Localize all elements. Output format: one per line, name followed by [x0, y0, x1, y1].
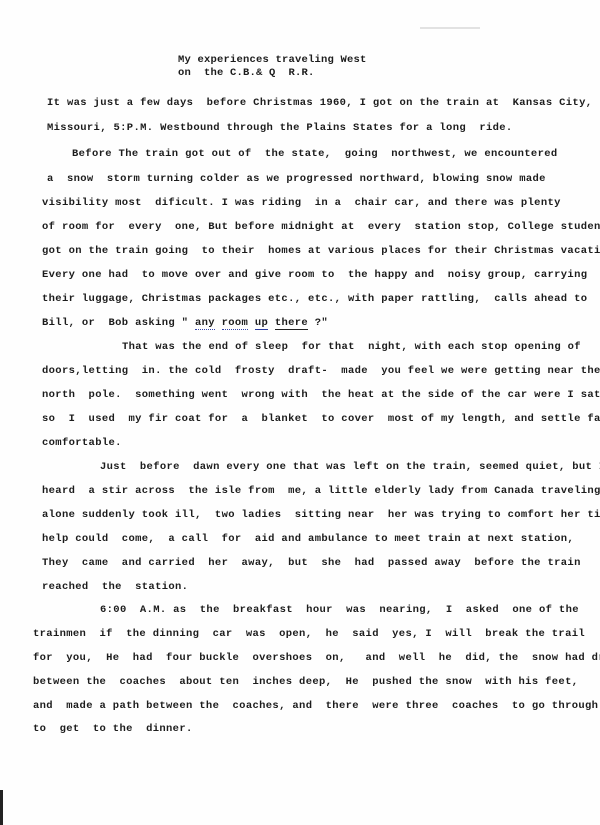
text-line: got on the train going to their homes at… — [42, 245, 600, 257]
text-line: a snow storm turning colder as we progre… — [47, 173, 546, 185]
text-line: 6:00 A.M. as the breakfast hour was near… — [100, 604, 579, 616]
quote-prefix: Bill, or Bob asking — [42, 317, 182, 329]
text-line: That was the end of sleep for that night… — [122, 341, 581, 353]
text-line: doors,letting in. the cold frosty draft-… — [42, 365, 600, 377]
scanned-page: My experiences traveling West on the C.B… — [0, 0, 600, 825]
text-line: reached the station. — [42, 581, 188, 593]
text-line: Just before dawn every one that was left… — [100, 461, 600, 473]
quote-word-underlined: there — [275, 317, 308, 330]
text-line: to get to the dinner. — [33, 723, 193, 735]
text-line: They came and carried her away, but she … — [42, 557, 581, 569]
text-line: their luggage, Christmas packages etc., … — [42, 293, 587, 305]
scan-edge — [0, 790, 3, 825]
quote-word-underlined: up — [255, 317, 268, 330]
title-line-2: on the C.B.& Q R.R. — [178, 67, 315, 79]
text-line: alone suddenly took ill, two ladies sitt… — [42, 509, 600, 521]
text-line: for you, He had four buckle overshoes on… — [33, 652, 600, 664]
text-line: comfortable. — [42, 437, 122, 449]
text-line: heard a stir across the isle from me, a … — [42, 485, 600, 497]
text-line: and made a path between the coaches, and… — [33, 700, 598, 712]
scan-smudge — [420, 27, 480, 29]
text-line: help could come, a call for aid and ambu… — [42, 533, 574, 545]
text-line: trainmen if the dinning car was open, he… — [33, 628, 585, 640]
title-line-1: My experiences traveling West — [178, 54, 367, 66]
text-line: Every one had to move over and give room… — [42, 269, 587, 281]
text-line: between the coaches about ten inches dee… — [33, 676, 578, 688]
text-line: Before The train got out of the state, g… — [72, 148, 558, 160]
text-line: of room for every one, But before midnig… — [42, 221, 600, 233]
quote-close: ?" — [308, 317, 328, 329]
text-line: It was just a few days before Christmas … — [47, 97, 592, 109]
text-line: Missouri, 5:P.M. Westbound through the P… — [47, 122, 513, 134]
quote-open: " — [182, 317, 195, 329]
text-line: north pole. something went wrong with th… — [42, 389, 600, 401]
text-line-quote: Bill, or Bob asking " any room up there … — [42, 317, 328, 329]
document-title: My experiences traveling West on the C.B… — [178, 54, 367, 80]
quote-word: room — [222, 317, 249, 330]
text-line: visibility most dificult. I was riding i… — [42, 197, 561, 209]
quote-word: any — [195, 317, 215, 330]
text-line: so I used my fir coat for a blanket to c… — [42, 413, 600, 425]
